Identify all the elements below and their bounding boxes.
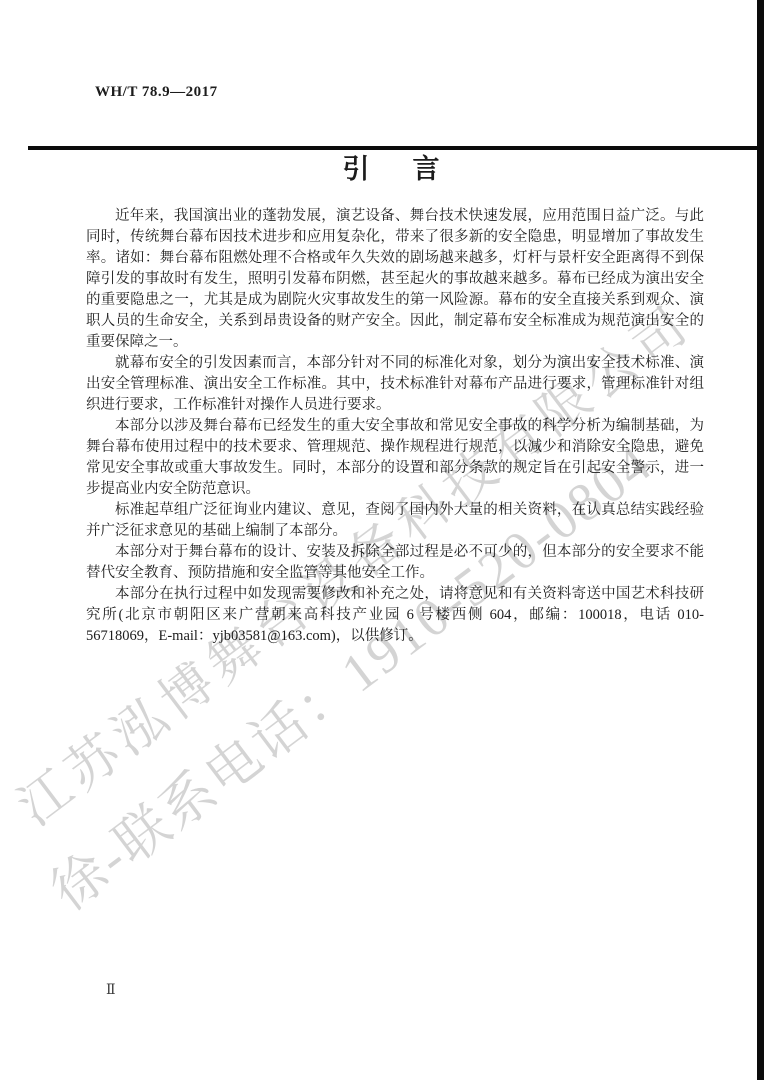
paragraph: 本部分在执行过程中如发现需要修改和补充之处，请将意见和有关资料寄送中国艺术科技研… <box>86 584 704 647</box>
foreword-body: 近年来，我国演出业的蓬勃发展，演艺设备、舞台技术快速发展，应用范围日益广泛。与此… <box>86 206 704 647</box>
page-title: 引 言 <box>86 147 704 186</box>
scan-artifact-line <box>28 146 764 150</box>
paragraph: 本部分对于舞台幕布的设计、安装及拆除全部过程是必不可少的，但本部分的安全要求不能… <box>86 542 704 584</box>
scan-edge-right <box>757 0 764 1080</box>
paragraph: 本部分以涉及舞台幕布已经发生的重大安全事故和常见安全事故的科学分析为编制基础，为… <box>86 416 704 500</box>
page-number: Ⅱ <box>106 982 116 999</box>
paragraph: 标准起草组广泛征询业内建议、意见，查阅了国内外大量的相关资料，在认真总结实践经验… <box>86 500 704 542</box>
paragraph: 就幕布安全的引发因素而言，本部分针对不同的标准化对象，划分为演出安全技术标准、演… <box>86 353 704 416</box>
scanned-document-page: 江苏泓博舞台设备科技有限公司 徐-联系电话：1910-520-0804 WH/T… <box>0 0 764 1080</box>
paragraph: 近年来，我国演出业的蓬勃发展，演艺设备、舞台技术快速发展，应用范围日益广泛。与此… <box>86 206 704 353</box>
standard-number-header: WH/T 78.9—2017 <box>95 84 218 101</box>
